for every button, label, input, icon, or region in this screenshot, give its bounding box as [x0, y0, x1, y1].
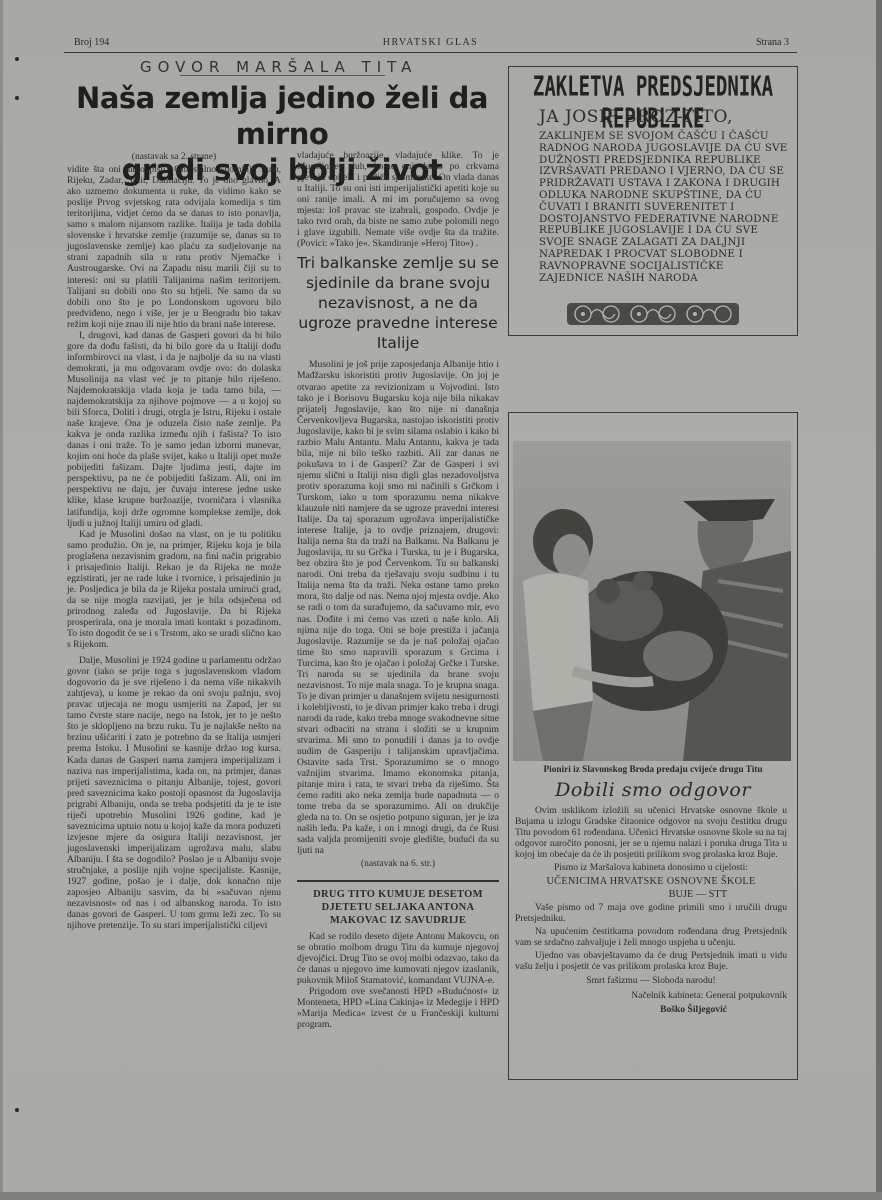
paragraph: Dalje, Musolini je 1924 godine u parlame… — [67, 655, 281, 931]
newspaper-page: Broj 194 HRVATSKI GLAS Strana 3 GOVOR MA… — [0, 0, 882, 1200]
continued-from-note: (nastavak sa 2. strane) — [67, 152, 281, 163]
section-subheading: Tri balkanske zemlje su se sjedinile da … — [297, 253, 499, 353]
binding-hole — [15, 96, 19, 100]
photo-scene-icon — [513, 441, 791, 761]
continued-to-note: (nastavak na 6. str.) — [297, 859, 499, 870]
paragraph: vladajuće buržoazije, vladajuće klike. T… — [297, 150, 499, 249]
headline-line-1: Naša zemlja jedino želi da mirno — [62, 80, 502, 152]
paragraph: Na upućenim čestitkama povodom rođendana… — [515, 926, 787, 948]
letter-address: UČENICIMA HRVATSKE OSNOVNE ŠKOLE — [515, 876, 787, 887]
paper-name: HRVATSKI GLAS — [64, 37, 797, 48]
binding-hole — [15, 57, 19, 61]
paragraph: vidite šta oni tamo pišu? Oni stalno spo… — [67, 164, 281, 330]
news-photo — [513, 441, 791, 761]
signature-title: Načelnik kabineta: General potpukovnik — [515, 990, 787, 1001]
letter-intro: Pismo iz Maršalova kabineta donosimo u c… — [515, 862, 787, 873]
letter-slogan: Smrt fašizmu — Sloboda narodu! — [515, 975, 787, 986]
paragraph: Ovim usklikom izložili su učenici Hrvats… — [515, 805, 787, 860]
second-article-title: DRUG TITO KUMUJE DESETOM DJETETU SELJAKA… — [297, 888, 499, 927]
paragraph: I, drugovi, kad danas de Gasperi govori … — [67, 330, 281, 529]
page-edge-right — [876, 0, 882, 1200]
article-divider — [297, 880, 499, 882]
letter-address-location: BUJE — STT — [515, 889, 787, 900]
presidential-oath-box: ZAKLETVA PREDSJEDNIKA REPUBLIKE JA JOSIP… — [508, 66, 798, 336]
article-column-1: (nastavak sa 2. strane) vidite šta oni t… — [67, 164, 281, 931]
article-column-2: vladajuće buržoazije, vladajuće klike. T… — [297, 150, 499, 1030]
photo-story-box: Pioniri iz Slavonskog Broda predaju cvij… — [508, 412, 798, 1080]
masthead: Broj 194 HRVATSKI GLAS Strana 3 — [64, 30, 797, 53]
paragraph: Musolini je još prije zaposjedanja Alban… — [297, 359, 499, 856]
oath-lead: JA JOSIP BROZ-TITO, — [539, 107, 733, 127]
kicker-underline — [180, 75, 385, 76]
paragraph: Kad je Musolini došao na vlast, on je tu… — [67, 529, 281, 651]
story-title: Dobili smo odgovor — [509, 779, 797, 801]
paragraph: Kad se rodilo deseto dijete Antonu Makov… — [297, 931, 499, 986]
paragraph: Vaše pismo od 7 maja ove godine primili … — [515, 902, 787, 924]
floral-ornament-icon — [567, 301, 739, 327]
binding-hole — [15, 1108, 19, 1112]
photo-caption: Pioniri iz Slavonskog Broda predaju cvij… — [509, 765, 797, 775]
story-text: Ovim usklikom izložili su učenici Hrvats… — [515, 805, 787, 1017]
paragraph: Prigodom ove svečanosti HPD »Budućnost« … — [297, 986, 499, 1030]
page-edge-left — [0, 0, 3, 1200]
page-edge-bottom — [0, 1192, 882, 1200]
paragraph: Ujedno vas obavještavamo da će drug Pert… — [515, 950, 787, 972]
signature-name: Boško Šiljegović — [515, 1004, 787, 1015]
article-kicker: GOVOR MARŠALA TITA — [140, 58, 417, 76]
oath-text: zaklinjem se svojom čašću i čašću radnog… — [539, 131, 789, 284]
page-number: Strana 3 — [756, 37, 789, 48]
